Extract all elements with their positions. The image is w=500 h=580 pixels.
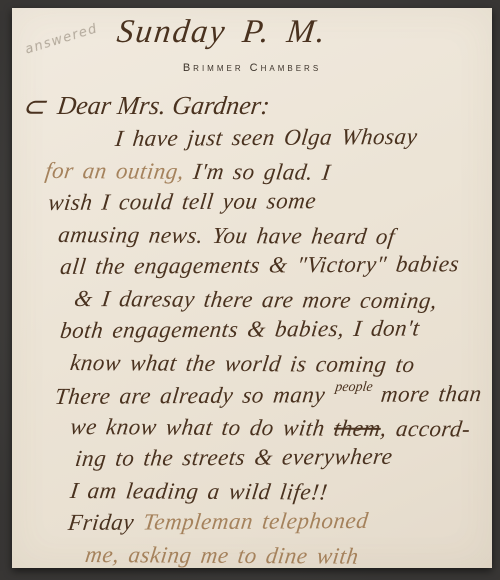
letter-line-segment: I'm so glad. I [192, 159, 332, 185]
letter-line: There are already so many people more th… [53, 379, 492, 414]
salutation-row: ⊂Dear Mrs. Gardner: [20, 90, 272, 124]
letter-line-segment: for an outing, [44, 158, 195, 184]
letter-paper: answered Sunday P. M. Brimmer Chambers ⊂… [12, 8, 492, 568]
photo-background: answered Sunday P. M. Brimmer Chambers ⊂… [0, 0, 500, 580]
letter-line-segment: , accord- [379, 416, 472, 442]
letter-line-segment: There are already so many [54, 382, 336, 409]
letter-line-segment: amusing news. You have heard of [57, 222, 397, 249]
letter-line-segment: ing to the streets & everywhere [74, 444, 394, 471]
letter-body: I have just seen Olga Whosayfor an outin… [12, 126, 492, 568]
letter-line-segment: wish I could tell you some [47, 188, 318, 215]
letter-line-segment: & I daresay there are more coming, [73, 286, 439, 313]
letter-line-segment: both engagements & babies, I don't [59, 315, 421, 343]
salutation: Dear Mrs. Gardner: [56, 91, 272, 120]
letter-line-segment: I am leading a wild life!! [69, 478, 329, 505]
letter-line-segment: people [334, 380, 373, 395]
letter-line-segment: Friday [67, 509, 145, 535]
letter-line-segment: them [332, 416, 382, 441]
letter-line: all the engagements & "Victory" babies [58, 251, 492, 286]
letter-line: Friday Templeman telephoned [66, 507, 492, 542]
letter-line-segment: we know what to do with [69, 414, 336, 441]
letter-line-segment: more than [370, 381, 483, 407]
letter-line: ing to the streets & everywhere [73, 443, 492, 478]
letter-line: I have just seen Olga Whosay [113, 123, 492, 158]
flourish-mark: ⊂ [20, 92, 47, 123]
letter-line-segment: me, asking me to dine with [84, 542, 360, 568]
letter-line-segment: Templeman telephoned [142, 508, 370, 535]
letter-line: wish I could tell you some [46, 187, 492, 222]
letter-line-segment: all the engagements & "Victory" babies [59, 251, 461, 279]
letter-line-segment: I have just seen Olga Whosay [114, 124, 419, 151]
letter-line: me, asking me to dine with [83, 542, 492, 568]
letter-line-segment: know what the world is coming to [69, 350, 416, 377]
letter-line: both engagements & babies, I don't [58, 315, 492, 350]
letterhead: Brimmer Chambers [12, 62, 492, 74]
handwritten-date: Sunday P. M. [12, 14, 434, 51]
